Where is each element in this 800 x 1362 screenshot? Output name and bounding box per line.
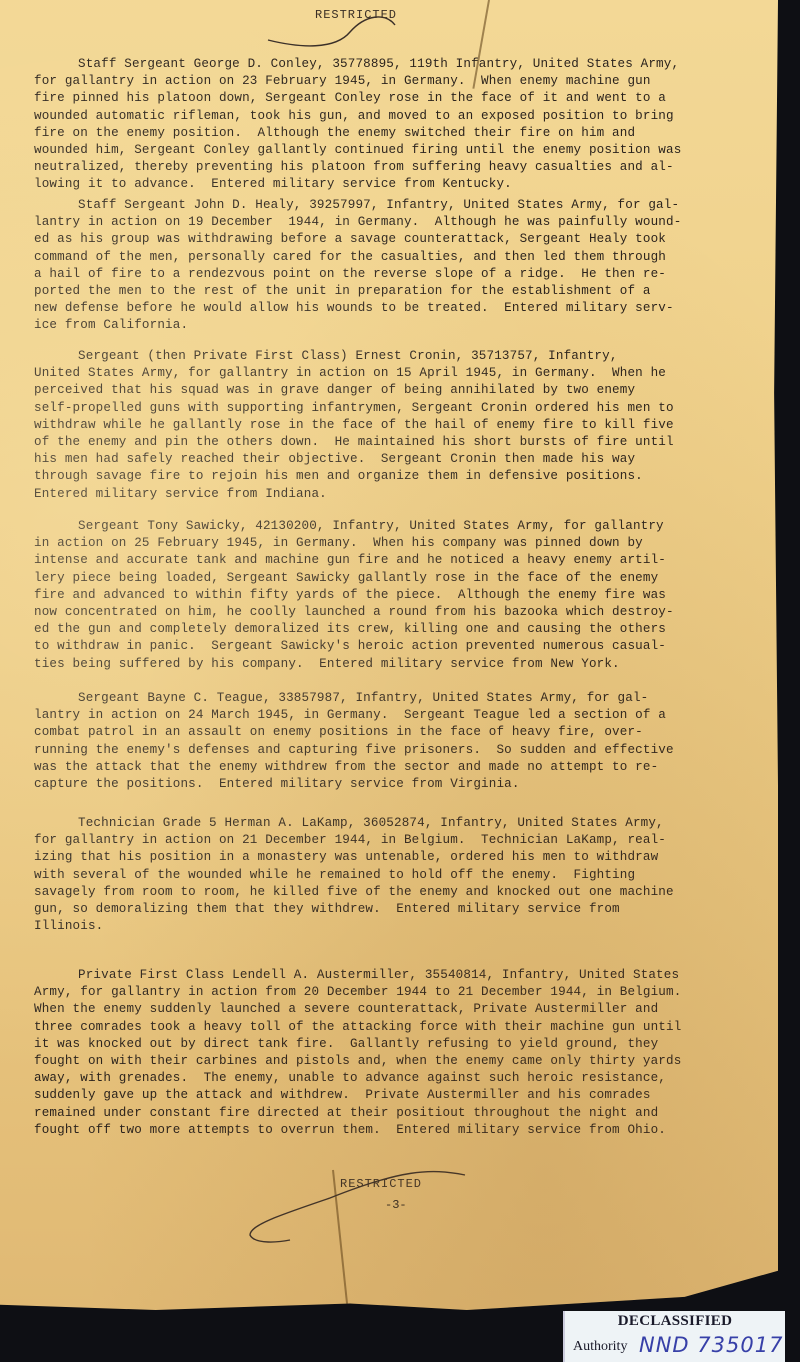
- text-line: Private First Class Lendell A. Austermil…: [34, 967, 754, 984]
- citation-conley: Staff Sergeant George D. Conley, 3577889…: [34, 56, 754, 194]
- text-line: remained under constant fire directed at…: [34, 1105, 754, 1122]
- text-line: for gallantry in action on 21 December 1…: [34, 832, 754, 849]
- declassified-title: DECLASSIFIED: [565, 1313, 785, 1330]
- text-line: was the attack that the enemy withdrew f…: [34, 759, 754, 776]
- citation-teague: Sergeant Bayne C. Teague, 33857987, Infa…: [34, 690, 754, 793]
- text-line: three comrades took a heavy toll of the …: [34, 1019, 754, 1036]
- authority-label: Authority: [573, 1339, 627, 1355]
- citation-austermiller: Private First Class Lendell A. Austermil…: [34, 967, 754, 1139]
- text-line: Sergeant (then Private First Class) Erne…: [34, 348, 754, 365]
- text-line: withdraw while he gallantly rose in the …: [34, 417, 754, 434]
- text-line: Technician Grade 5 Herman A. LaKamp, 360…: [34, 815, 754, 832]
- text-line: fought on with their carbines and pistol…: [34, 1053, 754, 1070]
- text-line: it was knocked out by direct tank fire. …: [34, 1036, 754, 1053]
- authority-value: NND 735017: [639, 1333, 783, 1357]
- text-line: ed as his group was withdrawing before a…: [34, 231, 754, 248]
- text-line: for gallantry in action on 23 February 1…: [34, 73, 754, 90]
- text-line: his men had safely reached their objecti…: [34, 451, 754, 468]
- text-line: fought off two more attempts to overrun …: [34, 1122, 754, 1139]
- citation-lakamp: Technician Grade 5 Herman A. LaKamp, 360…: [34, 815, 754, 935]
- text-line: away, with grenades. The enemy, unable t…: [34, 1070, 754, 1087]
- text-line: United States Army, for gallantry in act…: [34, 365, 754, 382]
- text-line: perceived that his squad was in grave da…: [34, 382, 754, 399]
- text-line: gun, so demoralizing them that they with…: [34, 901, 754, 918]
- classification-stamp-top: RESTRICTED: [315, 8, 397, 22]
- text-line: in action on 25 February 1945, in German…: [34, 535, 754, 552]
- text-line: fire pinned his platoon down, Sergeant C…: [34, 90, 754, 107]
- text-line: Illinois.: [34, 918, 754, 935]
- classification-stamp-bottom: RESTRICTED: [340, 1177, 422, 1191]
- text-line: Staff Sergeant John D. Healy, 39257997, …: [34, 197, 754, 214]
- text-line: of the enemy and pin the others down. He…: [34, 434, 754, 451]
- text-line: ice from California.: [34, 317, 754, 334]
- text-line: wounded him, Sergeant Conley gallantly c…: [34, 142, 754, 159]
- citation-healy: Staff Sergeant John D. Healy, 39257997, …: [34, 197, 754, 335]
- text-line: new defense before he would allow his wo…: [34, 300, 754, 317]
- text-line: command of the men, personally cared for…: [34, 249, 754, 266]
- text-line: lantry in action on 24 March 1945, in Ge…: [34, 707, 754, 724]
- text-line: combat patrol in an assault on enemy pos…: [34, 724, 754, 741]
- text-line: lantry in action on 19 December 1944, in…: [34, 214, 754, 231]
- text-line: now concentrated on him, he coolly launc…: [34, 604, 754, 621]
- text-line: capture the positions. Entered military …: [34, 776, 754, 793]
- text-line: through savage fire to rejoin his men an…: [34, 468, 754, 485]
- text-line: Staff Sergeant George D. Conley, 3577889…: [34, 56, 754, 73]
- text-line: lery piece being loaded, Sergeant Sawick…: [34, 570, 754, 587]
- text-line: fire and advanced to within fifty yards …: [34, 587, 754, 604]
- text-line: a hail of fire to a rendezvous point on …: [34, 266, 754, 283]
- text-line: lowing it to advance. Entered military s…: [34, 176, 754, 193]
- text-line: izing that his position in a monastery w…: [34, 849, 754, 866]
- text-line: to withdraw in panic. Sergeant Sawicky's…: [34, 638, 754, 655]
- text-line: with several of the wounded while he rem…: [34, 867, 754, 884]
- text-line: running the enemy's defenses and capturi…: [34, 742, 754, 759]
- text-line: self-propelled guns with supporting infa…: [34, 400, 754, 417]
- text-line: When the enemy suddenly launched a sever…: [34, 1001, 754, 1018]
- text-line: ported the men to the rest of the unit i…: [34, 283, 754, 300]
- text-line: intense and accurate tank and machine gu…: [34, 552, 754, 569]
- text-line: Army, for gallantry in action from 20 De…: [34, 984, 754, 1001]
- citation-sawicky: Sergeant Tony Sawicky, 42130200, Infantr…: [34, 518, 754, 673]
- text-line: fire on the enemy position. Although the…: [34, 125, 754, 142]
- text-line: ties being suffered by his company. Ente…: [34, 656, 754, 673]
- text-line: Entered military service from Indiana.: [34, 486, 754, 503]
- text-line: suddenly gave up the attack and withdrew…: [34, 1087, 754, 1104]
- text-line: Sergeant Tony Sawicky, 42130200, Infantr…: [34, 518, 754, 535]
- text-line: savagely from room to room, he killed fi…: [34, 884, 754, 901]
- declassified-label: DECLASSIFIED Authority NND 735017: [563, 1311, 785, 1362]
- text-line: ed the gun and completely demoralized it…: [34, 621, 754, 638]
- text-line: wounded automatic rifleman, took his gun…: [34, 108, 754, 125]
- page-number: -3-: [385, 1198, 407, 1212]
- text-line: Sergeant Bayne C. Teague, 33857987, Infa…: [34, 690, 754, 707]
- citation-cronin: Sergeant (then Private First Class) Erne…: [34, 348, 754, 503]
- document-page: RESTRICTED Staff Sergeant George D. Conl…: [0, 0, 778, 1310]
- text-line: neutralized, thereby preventing his plat…: [34, 159, 754, 176]
